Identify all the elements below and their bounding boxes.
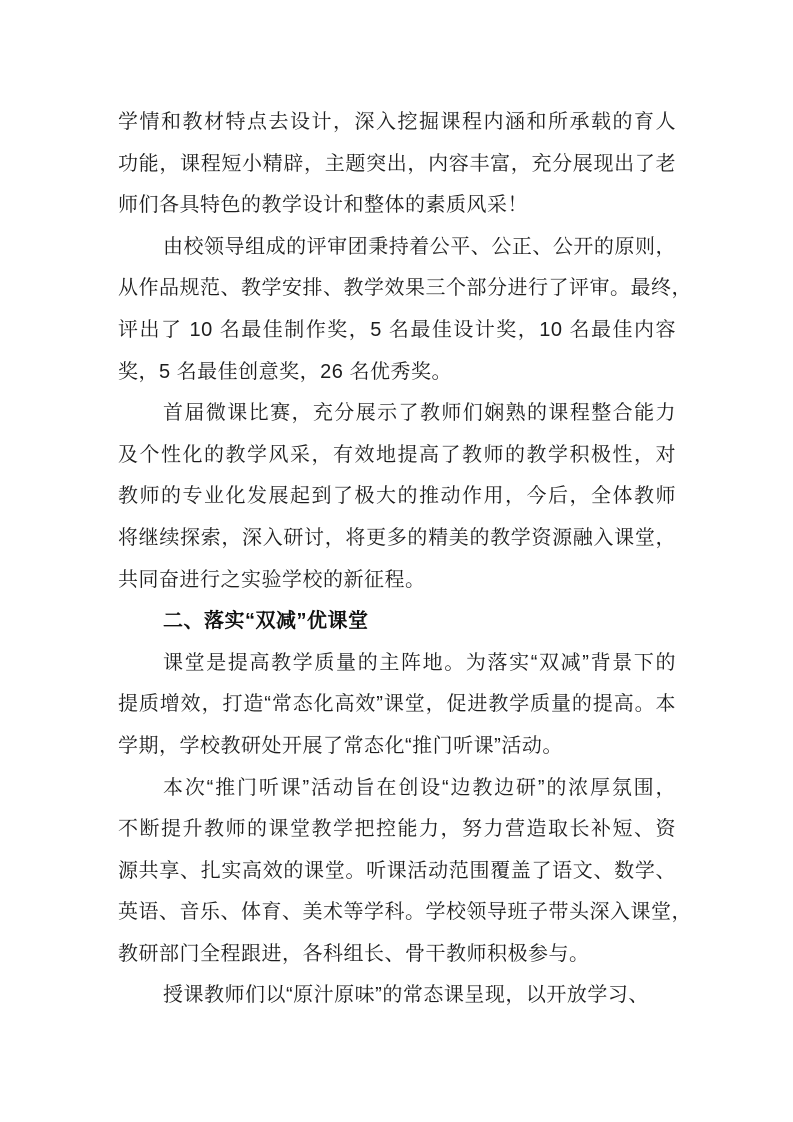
document-page: 学情和教材特点去设计，深入挖掘课程内涵和所承载的育人 功能，课程短小精辟，主题突… xyxy=(0,0,793,1122)
text-line: 课堂是提高教学质量的主阵地。为落实“双减”背景下的 xyxy=(118,643,676,685)
text-line: 首届微课比赛，充分展示了教师们娴熟的课程整合能力 xyxy=(118,393,676,435)
text-line: 奖，5 名最佳创意奖，26 名优秀奖。 xyxy=(118,352,676,394)
paragraph-1: 学情和教材特点去设计，深入挖掘课程内涵和所承载的育人 功能，课程短小精辟，主题突… xyxy=(118,102,676,227)
text-line: 将继续探索，深入研讨，将更多的精美的教学资源融入课堂， xyxy=(118,518,676,560)
document-text-column: 学情和教材特点去设计，深入挖掘课程内涵和所承载的育人 功能，课程短小精辟，主题突… xyxy=(118,102,676,1017)
text-line: 由校领导组成的评审团秉持着公平、公正、公开的原则， xyxy=(118,227,676,269)
paragraph-6: 授课教师们以“原汁原味”的常态课呈现，以开放学习、 xyxy=(118,975,676,1017)
paragraph-4: 课堂是提高教学质量的主阵地。为落实“双减”背景下的 提质增效，打造“常态化高效”… xyxy=(118,643,676,768)
text-line: 学期，学校教研处开展了常态化“推门听课”活动。 xyxy=(118,726,676,768)
text-line: 评出了 10 名最佳制作奖，5 名最佳设计奖，10 名最佳内容 xyxy=(118,310,676,352)
text-line: 功能，课程短小精辟，主题突出，内容丰富，充分展现出了老 xyxy=(118,144,676,186)
section-heading-text: 二、落实“双减”优课堂 xyxy=(118,601,676,643)
paragraph-5: 本次“推门听课”活动旨在创设“边教边研”的浓厚氛围， 不断提升教师的课堂教学把控… xyxy=(118,768,676,976)
text-line: 源共享、扎实高效的课堂。听课活动范围覆盖了语文、数学、 xyxy=(118,851,676,893)
text-line: 共同奋进行之实验学校的新征程。 xyxy=(118,560,676,602)
text-line: 师们各具特色的教学设计和整体的素质风采！ xyxy=(118,185,676,227)
section-heading-2: 二、落实“双减”优课堂 xyxy=(118,601,676,643)
text-line: 学情和教材特点去设计，深入挖掘课程内涵和所承载的育人 xyxy=(118,102,676,144)
text-line: 授课教师们以“原汁原味”的常态课呈现，以开放学习、 xyxy=(118,975,676,1017)
paragraph-3: 首届微课比赛，充分展示了教师们娴熟的课程整合能力 及个性化的教学风采，有效地提高… xyxy=(118,393,676,601)
paragraph-2: 由校领导组成的评审团秉持着公平、公正、公开的原则， 从作品规范、教学安排、教学效… xyxy=(118,227,676,393)
text-line: 从作品规范、教学安排、教学效果三个部分进行了评审。最终， xyxy=(118,268,676,310)
text-line: 英语、音乐、体育、美术等学科。学校领导班子带头深入课堂， xyxy=(118,892,676,934)
text-line: 本次“推门听课”活动旨在创设“边教边研”的浓厚氛围， xyxy=(118,768,676,810)
text-line: 教研部门全程跟进，各科组长、骨干教师积极参与。 xyxy=(118,934,676,976)
text-line: 教师的专业化发展起到了极大的推动作用，今后，全体教师 xyxy=(118,476,676,518)
text-line: 不断提升教师的课堂教学把控能力，努力营造取长补短、资 xyxy=(118,809,676,851)
text-line: 提质增效，打造“常态化高效”课堂，促进教学质量的提高。本 xyxy=(118,684,676,726)
text-line: 及个性化的教学风采，有效地提高了教师的教学积极性，对 xyxy=(118,435,676,477)
